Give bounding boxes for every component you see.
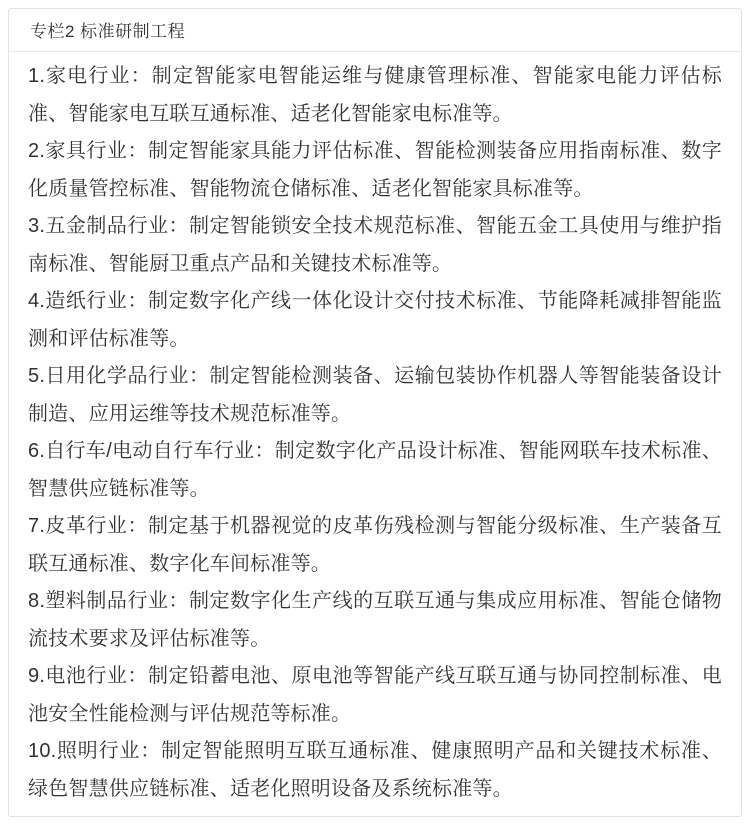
list-item: 4.造纸行业：制定数字化产线一体化设计交付技术标准、节能降耗减排智能监测和评估标… <box>28 283 722 358</box>
column-panel: 专栏2 标准研制工程 1.家电行业：制定智能家电智能运维与健康管理标准、智能家电… <box>8 8 742 817</box>
standards-list: 1.家电行业：制定智能家电智能运维与健康管理标准、智能家电能力评估标准、智能家电… <box>9 52 741 814</box>
list-item: 10.照明行业：制定智能照明互联互通标准、健康照明产品和关键技术标准、绿色智慧供… <box>28 733 722 808</box>
list-item: 1.家电行业：制定智能家电智能运维与健康管理标准、智能家电能力评估标准、智能家电… <box>28 58 722 133</box>
list-item: 6.自行车/电动自行车行业：制定数字化产品设计标准、智能网联车技术标准、智慧供应… <box>28 433 722 508</box>
list-item: 2.家具行业：制定智能家具能力评估标准、智能检测装备应用指南标准、数字化质量管控… <box>28 133 722 208</box>
panel-title: 专栏2 标准研制工程 <box>30 21 720 43</box>
list-item: 3.五金制品行业：制定智能锁安全技术规范标准、智能五金工具使用与维护指南标准、智… <box>28 208 722 283</box>
list-item: 7.皮革行业：制定基于机器视觉的皮革伤残检测与智能分级标准、生产装备互联互通标准… <box>28 508 722 583</box>
list-item: 9.电池行业：制定铅蓄电池、原电池等智能产线互联互通与协同控制标准、电池安全性能… <box>28 658 722 733</box>
list-item: 5.日用化学品行业：制定智能检测装备、运输包装协作机器人等智能装备设计制造、应用… <box>28 358 722 433</box>
list-item: 8.塑料制品行业：制定数字化生产线的互联互通与集成应用标准、智能仓储物流技术要求… <box>28 583 722 658</box>
page: 专栏2 标准研制工程 1.家电行业：制定智能家电智能运维与健康管理标准、智能家电… <box>0 0 750 825</box>
panel-header: 专栏2 标准研制工程 <box>9 9 741 52</box>
